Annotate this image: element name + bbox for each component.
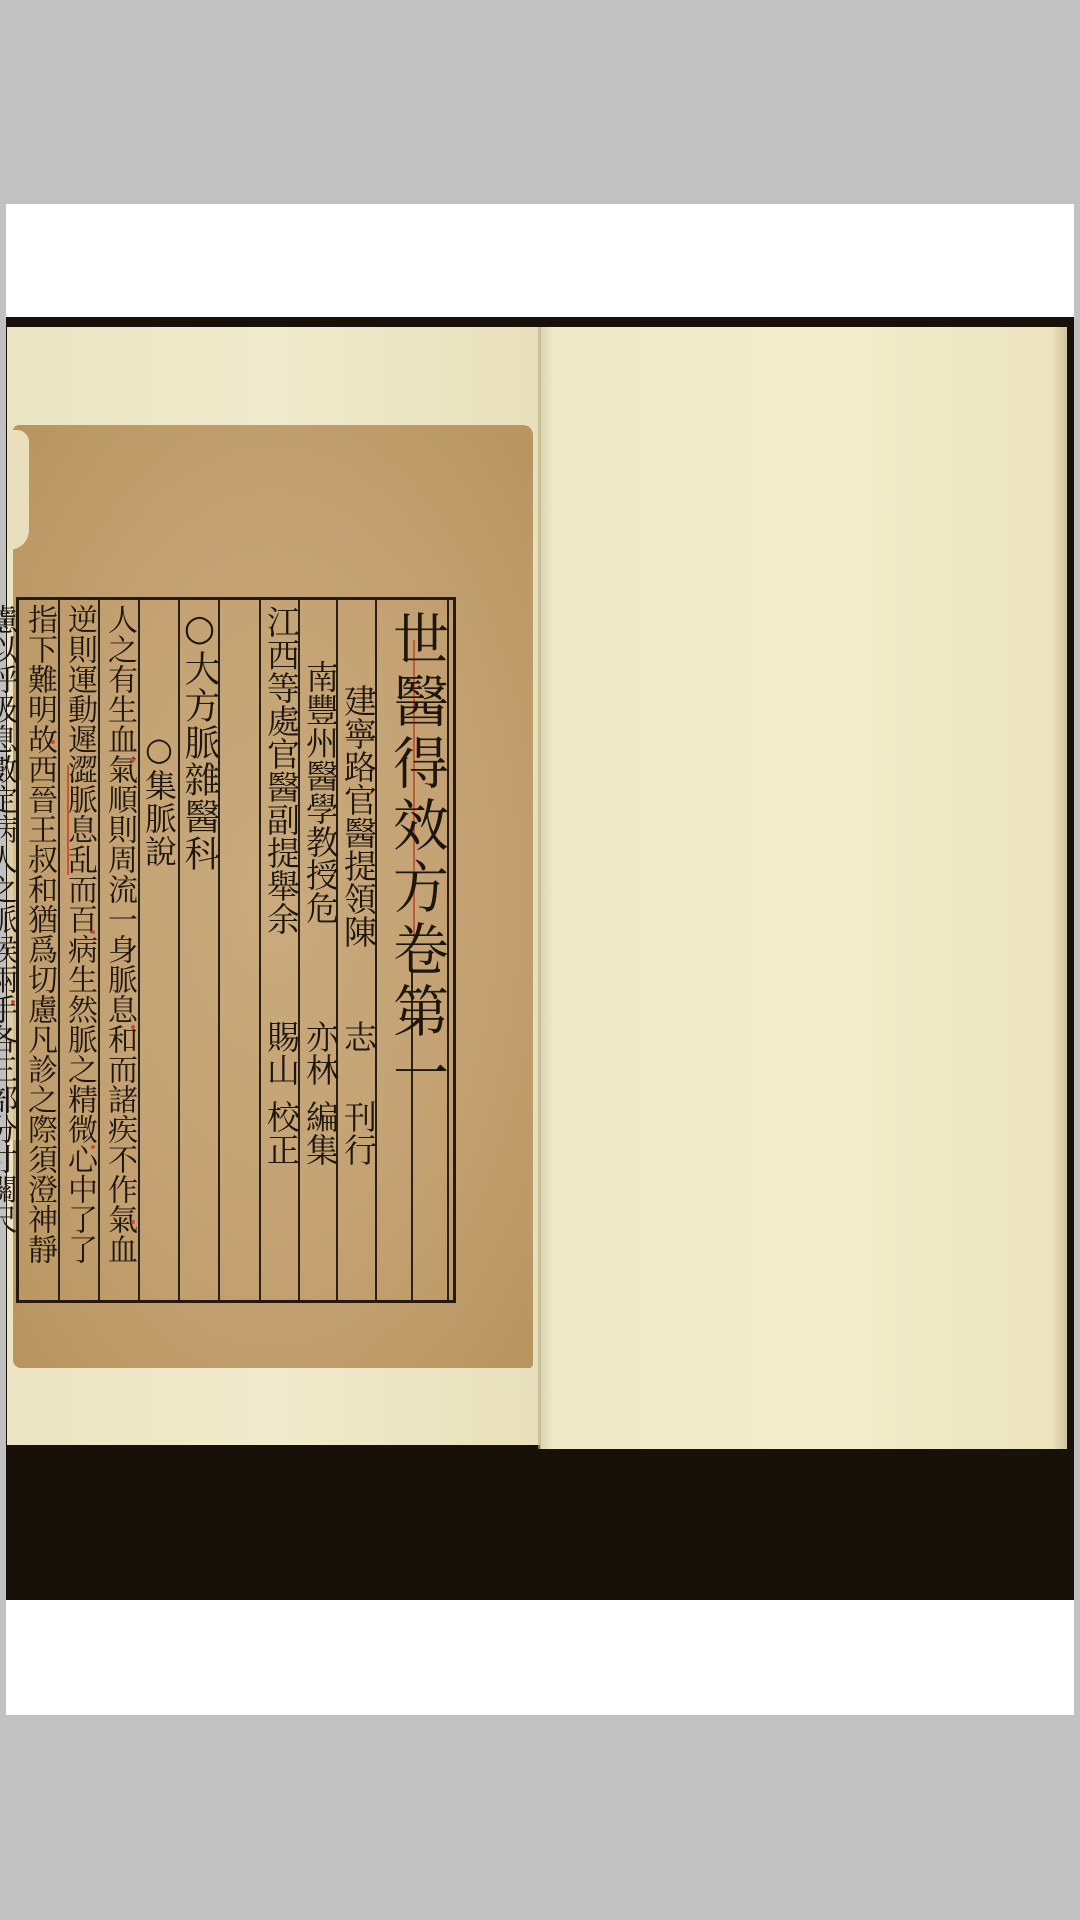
body-line-1: 人之有生血氣順則周流一身脈息和而諸疾不作氣血 — [100, 604, 138, 1264]
column-rule — [138, 600, 140, 1300]
column-rule — [259, 600, 261, 1300]
red-punctuation-mark — [131, 758, 135, 762]
credit-office-2: 南豐州醫學教授危 — [301, 660, 339, 924]
book-gutter — [538, 327, 541, 1449]
credit-role-1: 刊行 — [339, 1100, 377, 1166]
red-punctuation-mark — [131, 1220, 135, 1224]
section-heading: ○大方脈雜醫科 — [179, 608, 219, 872]
body-line-3: 指下難明故西晉王叔和猶爲切慮凡診之際須澄神靜 — [20, 604, 58, 1264]
printed-text-block: 世醫得效方卷第一 建寧路官醫提領陳 志 刊行 南豐州醫學教授危 亦林 編集 江西… — [16, 597, 456, 1303]
red-punctuation-mark — [91, 930, 95, 934]
credit-name-2: 亦林 — [301, 1020, 339, 1086]
book-title: 世醫得效方卷第一 — [381, 610, 451, 1106]
red-punctuation-mark — [131, 1025, 135, 1029]
paper-tear — [7, 430, 29, 550]
credit-name-3: 賜山 — [262, 1020, 300, 1086]
credit-office-1: 建寧路官醫提領陳 — [339, 684, 377, 948]
right-page — [540, 327, 1067, 1449]
credit-name-1: 志 — [339, 1020, 377, 1053]
red-punctuation-mark — [11, 1000, 15, 1004]
credit-role-3: 校正 — [262, 1100, 300, 1166]
red-annotation-line — [67, 765, 69, 875]
credit-role-2: 編集 — [301, 1100, 339, 1166]
red-punctuation-mark — [51, 740, 55, 744]
red-punctuation-mark — [91, 1145, 95, 1149]
subsection-heading: ○集脈說 — [139, 730, 179, 868]
body-line-2: 逆則運動遲澀脈息乱而百病生然脈之精微心中了了 — [60, 604, 98, 1264]
body-line-4: 慮以呼吸息數定病人之脈候兩手各三部分寸關尺 — [0, 604, 18, 1234]
credit-office-3: 江西等處官醫副提舉余 — [262, 605, 300, 935]
